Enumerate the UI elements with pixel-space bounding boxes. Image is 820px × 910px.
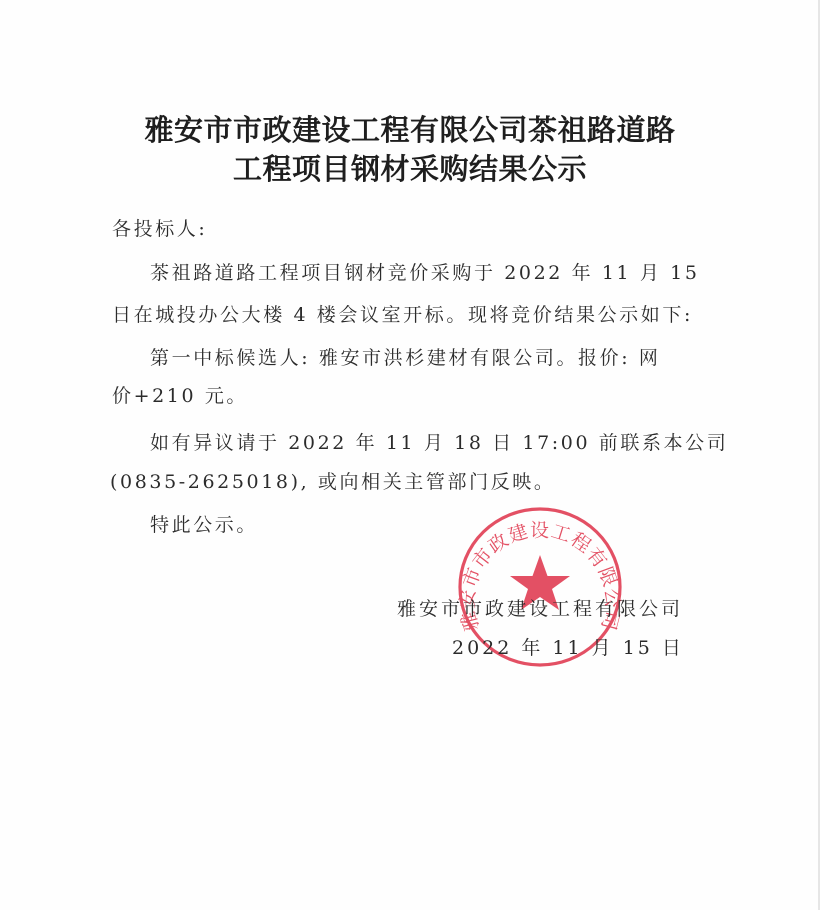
paragraph-3-line-1: 如有异议请于 2022 年 11 月 18 日 17:00 前联系本公司 bbox=[150, 428, 728, 455]
paragraph-3-line-2: (0835-2625018), 或向相关主管部门反映。 bbox=[110, 467, 556, 494]
closing-remark: 特此公示。 bbox=[150, 510, 258, 537]
paragraph-2-line-2: 价+210 元。 bbox=[112, 381, 248, 408]
document-title-line-2: 工程项目钢材采购结果公示 bbox=[0, 147, 820, 188]
paragraph-1-line-1: 茶祖路道路工程项目钢材竞价采购于 2022 年 11 月 15 bbox=[150, 258, 700, 285]
paragraph-1-line-2: 日在城投办公大楼 4 楼会议室开标。现将竞价结果公示如下: bbox=[112, 300, 693, 327]
document-title-line-1: 雅安市市政建设工程有限公司茶祖路道路 bbox=[0, 108, 820, 149]
document-page: 雅安市市政建设工程有限公司茶祖路道路 工程项目钢材采购结果公示 各投标人: 茶祖… bbox=[0, 0, 820, 910]
signature-date: 2022 年 11 月 15 日 bbox=[452, 633, 684, 660]
salutation: 各投标人: bbox=[112, 214, 207, 241]
paragraph-2-line-1: 第一中标候选人: 雅安市洪杉建材有限公司。报价: 网 bbox=[150, 343, 660, 370]
signature-company: 雅安市市政建设工程有限公司 bbox=[397, 594, 683, 621]
